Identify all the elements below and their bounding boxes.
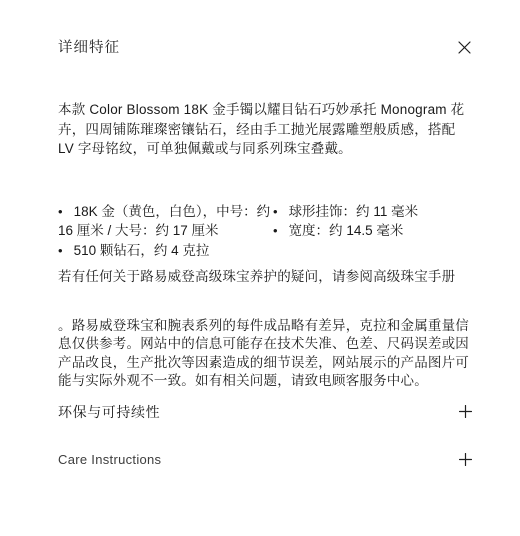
disclaimer-text: 。路易威登珠宝和腕表系列的每件成品略有差异，克拉和金属重量信息仅供参考。网站中的…	[58, 317, 472, 391]
specs-list: 18K 金（黄色，白色），中号：约 16 厘米 / 大号：约 17 厘米 510…	[58, 202, 472, 261]
accordion-care-instructions[interactable]: Care Instructions	[58, 439, 472, 480]
plus-icon	[459, 453, 472, 466]
spec-item-material-size: 18K 金（黄色，白色），中号：约 16 厘米 / 大号：约 17 厘米	[58, 202, 272, 241]
spec-item-diamonds: 510 颗钻石，约 4 克拉	[58, 241, 272, 261]
accordion-care-instructions-label: Care Instructions	[58, 452, 161, 467]
accordion-sustainability-label: 环保与可持续性	[58, 402, 160, 422]
accordion-sustainability[interactable]: 环保与可持续性	[58, 392, 472, 439]
product-description: 本款 Color Blossom 18K 金手镯以耀目钻石巧妙承托 Monogr…	[58, 100, 472, 159]
spec-item-width: 宽度：约 14.5 毫米	[273, 221, 472, 241]
specs-column-right: 球形挂饰：约 11 毫米 宽度：约 14.5 毫米	[272, 202, 472, 261]
specs-column-left: 18K 金（黄色，白色），中号：约 16 厘米 / 大号：约 17 厘米 510…	[58, 202, 272, 261]
dialog-header: 详细特征	[58, 40, 472, 56]
close-icon	[458, 41, 471, 54]
plus-icon	[459, 405, 472, 418]
dialog-title: 详细特征	[58, 40, 120, 56]
care-note: 若有任何关于路易威登高级珠宝养护的疑问，请参阅高级珠宝手册	[58, 267, 472, 287]
details-dialog: 详细特征 本款 Color Blossom 18K 金手镯以耀目钻石巧妙承托 M…	[0, 0, 520, 536]
accordion-list: 环保与可持续性 Care Instructions	[58, 392, 472, 480]
spec-item-charm: 球形挂饰：约 11 毫米	[273, 202, 472, 222]
close-button[interactable]	[457, 40, 472, 55]
